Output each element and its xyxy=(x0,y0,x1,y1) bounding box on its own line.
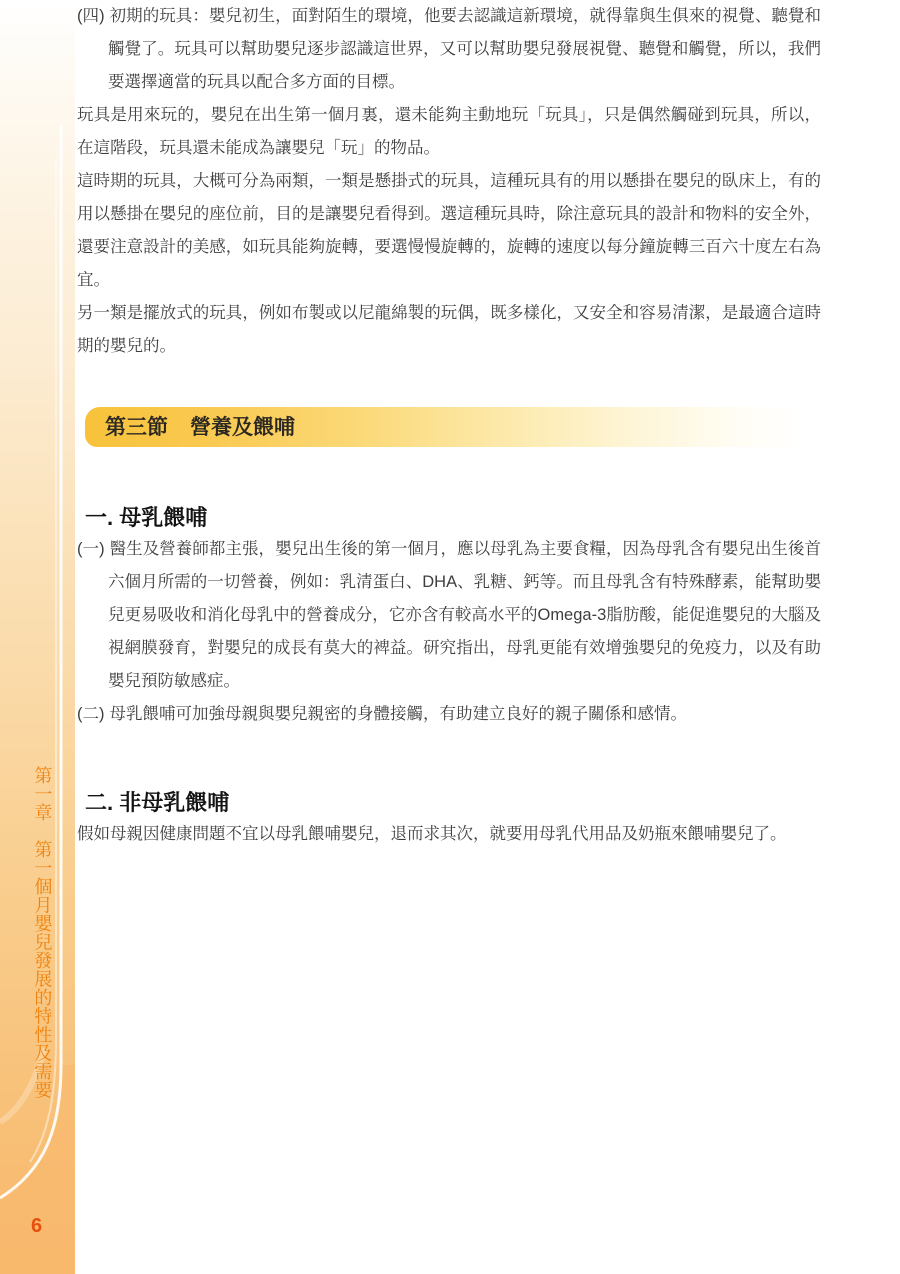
paragraph-toys-initial: (四)初期的玩具：嬰兒初生，面對陌生的環境，他要去認識這新環境，就得靠與生俱來的… xyxy=(77,0,821,99)
document-page: 第一章 第一個月嬰兒發展的特性及需要 6 (四)初期的玩具：嬰兒初生，面對陌生的… xyxy=(0,0,900,1274)
list-marker-2: (二) xyxy=(77,705,105,723)
section-title: 營養及餵哺 xyxy=(190,417,295,438)
subsection-heading-non-breastfeeding: 二. 非母乳餵哺 xyxy=(85,788,821,818)
paragraph-toys-hanging-type: 這時期的玩具，大概可分為兩類，一類是懸掛式的玩具，這種玩具有的用以懸掛在嬰兒的臥… xyxy=(77,165,821,297)
paragraph-breastfeeding-2: (二)母乳餵哺可加強母親與嬰兒親密的身體接觸，有助建立良好的親子關係和感情。 xyxy=(77,698,821,731)
paragraph-text: 母乳餵哺可加強母親與嬰兒親密的身體接觸，有助建立良好的親子關係和感情。 xyxy=(110,705,688,723)
paragraph-non-breastfeeding: 假如母親因健康問題不宜以母乳餵哺嬰兒，退而求其次，就要用母乳代用品及奶瓶來餵哺嬰… xyxy=(77,818,821,851)
paragraph-toys-play: 玩具是用來玩的，嬰兒在出生第一個月裏，還未能夠主動地玩「玩具」，只是偶然觸碰到玩… xyxy=(77,99,821,165)
chapter-sidebar: 第一章 第一個月嬰兒發展的特性及需要 6 xyxy=(0,0,75,1274)
subsection-heading-breastfeeding: 一. 母乳餵哺 xyxy=(85,503,821,533)
paragraph-text: 醫生及營養師都主張，嬰兒出生後的第一個月，應以母乳為主要食糧，因為母乳含有嬰兒出… xyxy=(108,540,821,690)
section-number: 第三節 xyxy=(105,417,168,438)
page-content: (四)初期的玩具：嬰兒初生，面對陌生的環境，他要去認識這新環境，就得靠與生俱來的… xyxy=(77,0,821,851)
list-marker-4: (四) xyxy=(77,7,105,25)
paragraph-text: 初期的玩具：嬰兒初生，面對陌生的環境，他要去認識這新環境，就得靠與生俱來的視覺、… xyxy=(108,7,821,91)
list-marker-1: (一) xyxy=(77,540,105,558)
page-number: 6 xyxy=(31,1215,42,1238)
section-heading-bar: 第三節 營養及餵哺 xyxy=(85,407,809,447)
paragraph-toys-placed-type: 另一類是擺放式的玩具，例如布製或以尼龍綿製的玩偶，既多樣化，又安全和容易清潔，是… xyxy=(77,297,821,363)
chapter-vertical-title: 第一章 第一個月嬰兒發展的特性及需要 xyxy=(33,766,51,1099)
paragraph-breastfeeding-1: (一)醫生及營養師都主張，嬰兒出生後的第一個月，應以母乳為主要食糧，因為母乳含有… xyxy=(77,533,821,698)
